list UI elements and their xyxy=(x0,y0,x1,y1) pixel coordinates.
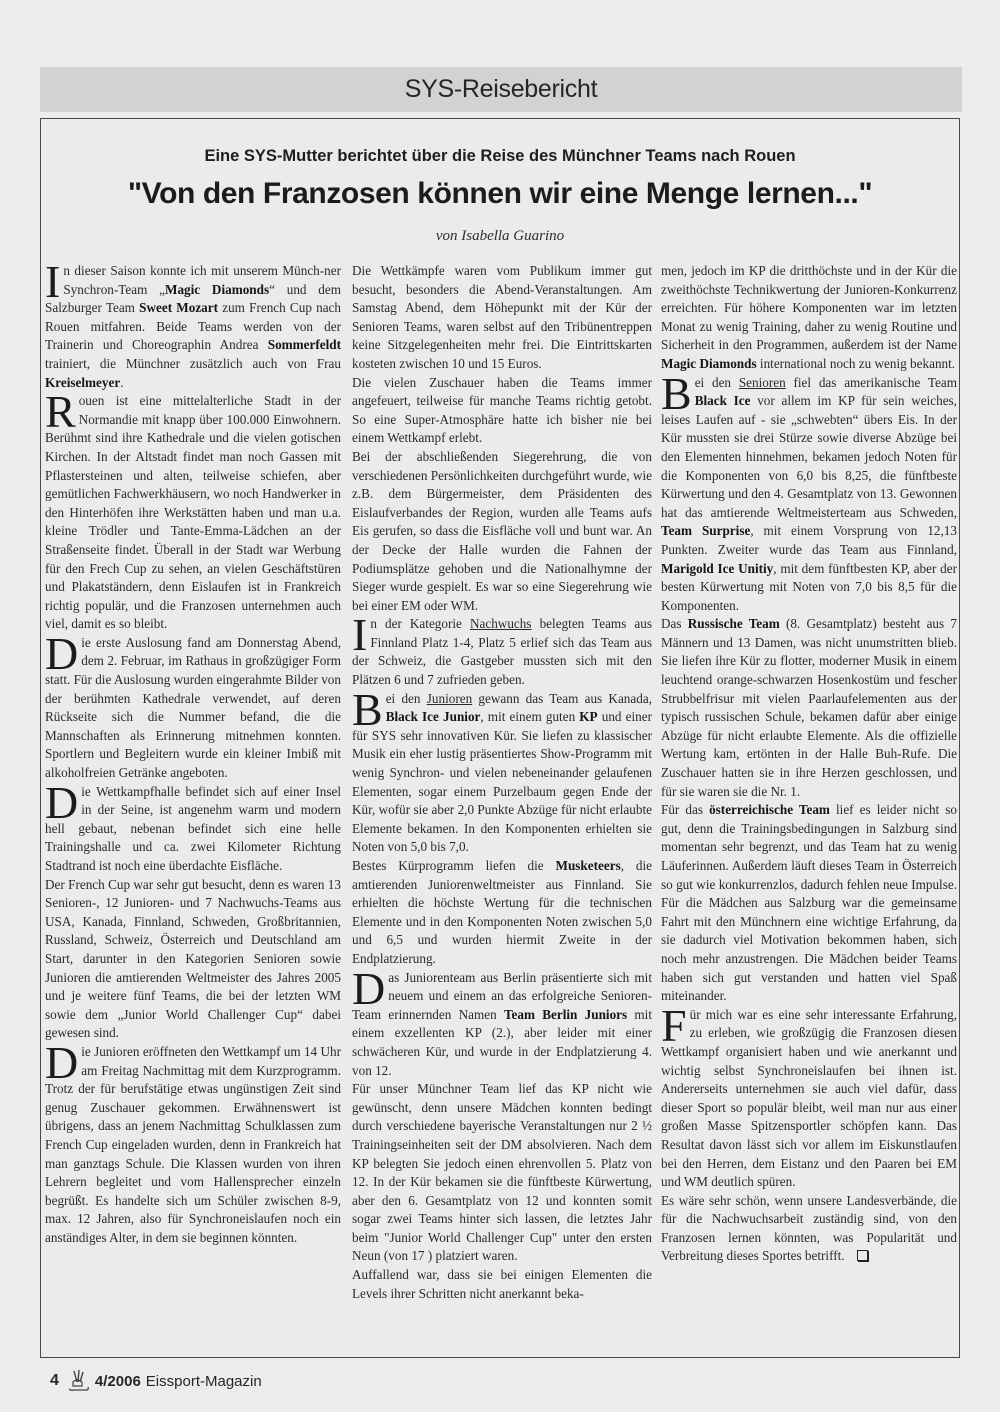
drop-cap: D xyxy=(45,637,78,671)
category-label: Senioren xyxy=(739,375,786,390)
text: . xyxy=(120,375,123,390)
text: , die amtierenden Juniorenweltmeister au… xyxy=(352,858,652,966)
team-name: Black Ice Junior xyxy=(386,709,481,724)
team-name: Team Surprise xyxy=(661,523,750,538)
paragraph: Es wäre sehr schön, wenn unsere Landesve… xyxy=(661,1192,957,1266)
drop-cap: D xyxy=(45,786,78,820)
article-kicker: Eine SYS-Mutter berichtet über die Reise… xyxy=(41,147,959,166)
text: lief es leider nicht so gut, denn die Tr… xyxy=(661,802,957,1003)
text: n der Kategorie xyxy=(370,616,470,631)
paragraph: Rouen ist eine mittelalterliche Stadt in… xyxy=(45,392,341,634)
text: men, jedoch im KP die dritthöchste und i… xyxy=(661,263,957,352)
drop-cap: I xyxy=(45,265,60,299)
paragraph: Bestes Kürprogramm liefen die Musketeers… xyxy=(352,857,652,969)
text: ie Junioren eröffneten den Wettkampf um … xyxy=(45,1044,341,1245)
paragraph: Für das österreichische Team lief es lei… xyxy=(661,801,957,1006)
text: , mit einem guten xyxy=(480,709,579,724)
drop-cap: D xyxy=(352,972,385,1006)
paragraph: Auffallend war, dass sie bei einigen Ele… xyxy=(352,1266,652,1303)
drop-cap: R xyxy=(45,395,76,429)
text: vor allem im KP für sein weiches, leises… xyxy=(661,393,957,520)
drop-cap: F xyxy=(661,1009,687,1043)
drop-cap: B xyxy=(352,693,383,727)
team-name: österreichische Team xyxy=(709,802,830,817)
paragraph: Für unser Münchner Team lief das KP nich… xyxy=(352,1080,652,1266)
text: trainiert, die Münchner zusätzlich auch … xyxy=(45,356,341,371)
text: ie erste Auslosung fand am Donnerstag Ab… xyxy=(45,635,341,780)
team-name: Musketeers xyxy=(556,858,621,873)
text: ei den xyxy=(386,691,427,706)
text: ür mich war es eine sehr interessante Er… xyxy=(661,1007,957,1189)
text: ei den xyxy=(695,375,739,390)
paragraph: In der Kategorie Nachwuchs belegten Team… xyxy=(352,615,652,689)
text: ouen ist eine mittelalterliche Stadt in … xyxy=(45,393,341,631)
paragraph: Bei den Junioren gewann das Team aus Kan… xyxy=(352,690,652,857)
end-of-article-icon xyxy=(857,1250,868,1261)
article-byline: von Isabella Guarino xyxy=(41,228,959,245)
person-name: Kreiselmeyer xyxy=(45,375,120,390)
drop-cap: D xyxy=(45,1046,78,1080)
paragraph: Die Junioren eröffneten den Wettkampf um… xyxy=(45,1043,341,1248)
text: Für das xyxy=(661,802,709,817)
drop-cap: B xyxy=(661,377,692,411)
article-column-2: Die Wettkämpfe waren vom Publikum immer … xyxy=(352,262,652,1303)
section-banner: SYS-Reisebericht xyxy=(40,67,962,112)
article-box: Eine SYS-Mutter berichtet über die Reise… xyxy=(40,118,960,1358)
text: und einer für SYS sehr innovativen Kür. … xyxy=(352,709,652,854)
skate-logo-icon xyxy=(65,1368,91,1394)
abbrev: KP xyxy=(579,709,597,724)
page-number: 4 xyxy=(50,1372,59,1390)
team-name: Marigold Ice Unitiy xyxy=(661,561,773,576)
paragraph: men, jedoch im KP die dritthöchste und i… xyxy=(661,262,957,374)
paragraph: Das Juniorenteam aus Berlin präsentierte… xyxy=(352,969,652,1081)
paragraph: Für mich war es eine sehr interessante E… xyxy=(661,1006,957,1192)
page-footer: 4 4/2006 Eissport-Magazin xyxy=(50,1368,262,1394)
text: international noch zu wenig bekannt. xyxy=(757,356,955,371)
text: (8. Gesamtplatz) besteht aus 7 Männern u… xyxy=(661,616,957,798)
magazine-name: Eissport-Magazin xyxy=(146,1373,262,1390)
drop-cap: I xyxy=(352,618,367,652)
team-name: Team Berlin Juniors xyxy=(504,1007,627,1022)
team-name: Black Ice xyxy=(695,393,751,408)
team-name: Magic Diamonds xyxy=(661,356,757,371)
team-name: Sweet Mozart xyxy=(139,300,218,315)
paragraph: Das Russische Team (8. Gesamtplatz) best… xyxy=(661,615,957,801)
paragraph: Der French Cup war sehr gut besucht, den… xyxy=(45,876,341,1043)
text: Das xyxy=(661,616,688,631)
section-title: SYS-Reisebericht xyxy=(405,75,598,104)
article-column-3: men, jedoch im KP die dritthöchste und i… xyxy=(661,262,957,1266)
article-headline: "Von den Franzosen können wir eine Menge… xyxy=(41,177,959,211)
person-name: Sommerfeldt xyxy=(268,337,341,352)
text: Bestes Kürprogramm liefen die xyxy=(352,858,556,873)
paragraph: Bei der abschließenden Siegerehrung, die… xyxy=(352,448,652,615)
paragraph: Bei den Senioren fiel das amerikanische … xyxy=(661,374,957,616)
team-name: Russische Team xyxy=(688,616,780,631)
paragraph: Die Wettkämpfe waren vom Publikum immer … xyxy=(352,262,652,374)
team-name: Magic Diamonds xyxy=(165,282,269,297)
paragraph: Die Wettkampfhalle befindet sich auf ein… xyxy=(45,783,341,876)
text: fiel das amerikanische Team xyxy=(786,375,957,390)
paragraph: In dieser Saison konnte ich mit unserem … xyxy=(45,262,341,392)
paragraph: Die vielen Zuschauer haben die Teams imm… xyxy=(352,374,652,448)
article-column-1: In dieser Saison konnte ich mit unserem … xyxy=(45,262,341,1247)
paragraph: Die erste Auslosung fand am Donnerstag A… xyxy=(45,634,341,783)
issue-number: 4/2006 xyxy=(95,1373,141,1390)
text: gewann das Team aus Kanada, xyxy=(472,691,652,706)
category-label: Junioren xyxy=(427,691,472,706)
category-label: Nachwuchs xyxy=(470,616,532,631)
text: ie Wettkampfhalle befindet sich auf eine… xyxy=(45,784,341,873)
text: Es wäre sehr schön, wenn unsere Landesve… xyxy=(661,1193,957,1264)
